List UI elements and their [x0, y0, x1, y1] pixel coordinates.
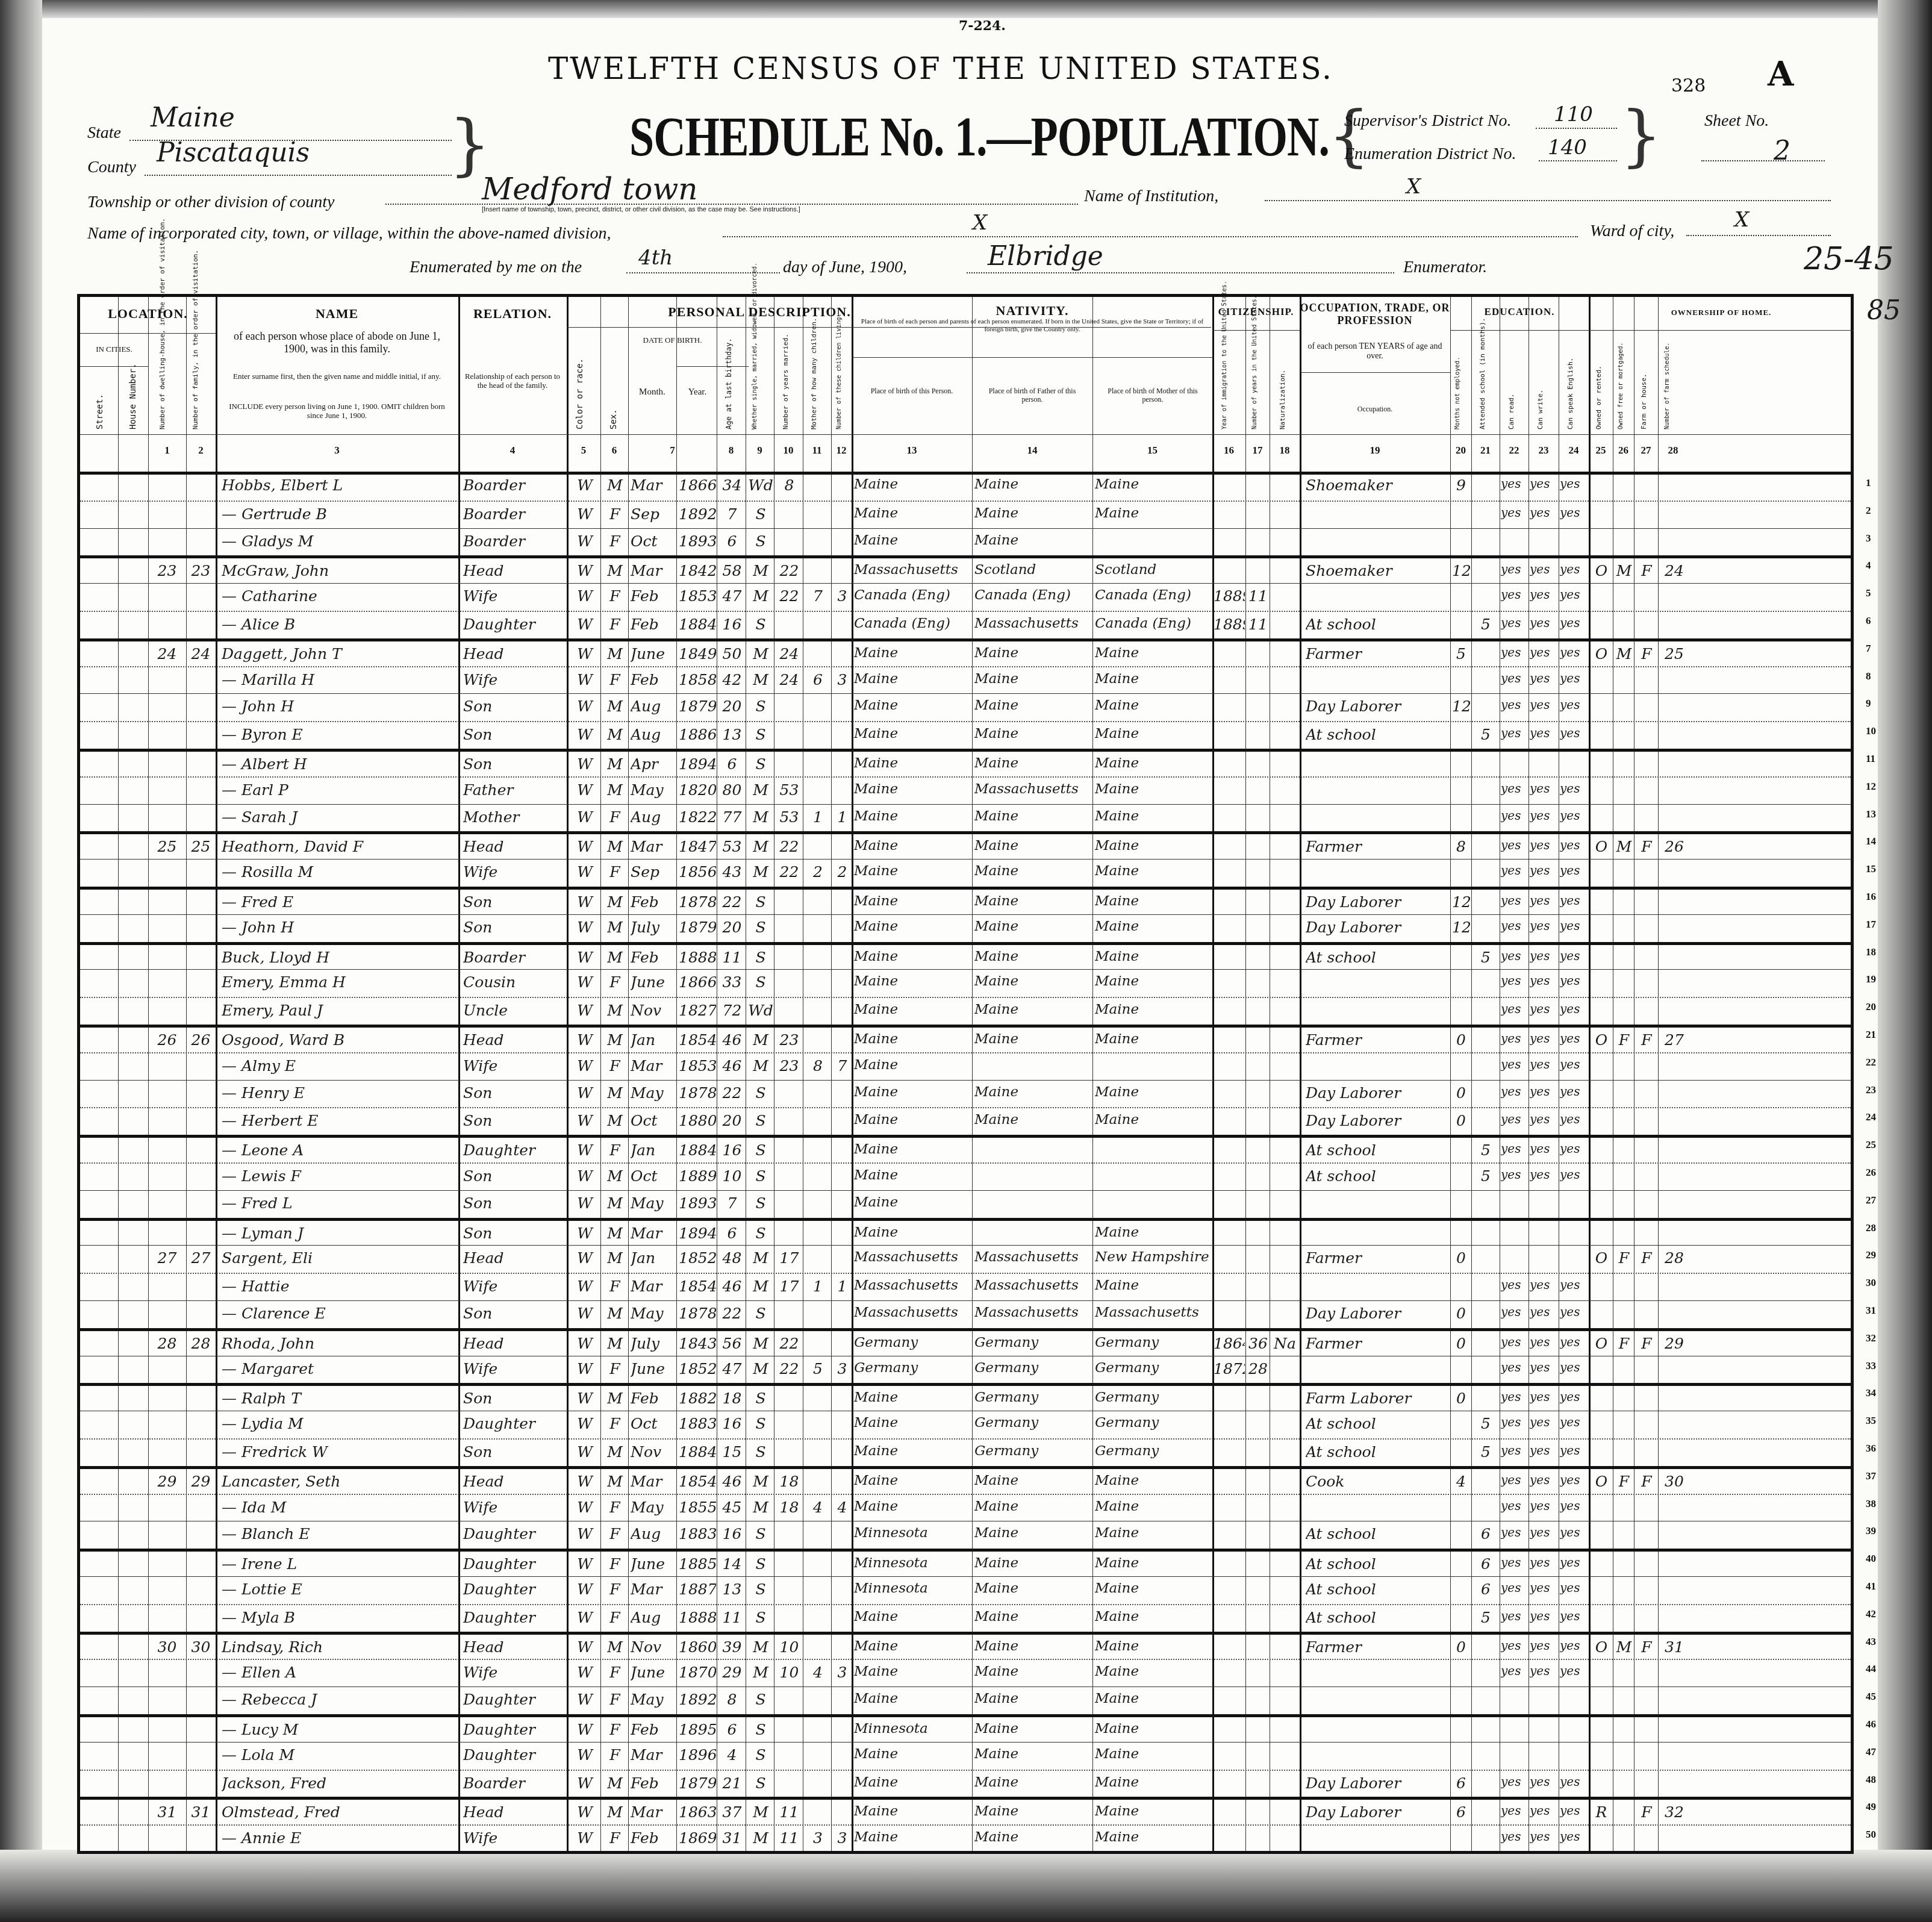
marital-status-cell: S: [747, 1225, 774, 1242]
can-speak-english-cell: yes: [1560, 1609, 1588, 1623]
birthplace-person-cell: Maine: [854, 1057, 971, 1073]
col-num-13: 13: [852, 445, 972, 457]
person-name-cell: Buck, Lloyd H: [222, 949, 457, 966]
line-number: 8: [1866, 670, 1871, 682]
birth-year-cell: 1866: [679, 973, 716, 991]
birthplace-person-cell: Maine: [854, 1443, 971, 1459]
marital-status-cell: S: [747, 973, 774, 991]
marital-status-cell: S: [747, 532, 774, 550]
can-write-cell: yes: [1530, 1031, 1558, 1046]
col-num-20: 20: [1450, 445, 1471, 457]
color-race-cell: W: [570, 1499, 599, 1516]
person-name-cell: — Myla B: [222, 1609, 457, 1626]
relation-cell: Boarder: [463, 532, 566, 550]
can-read-cell: yes: [1501, 1499, 1528, 1513]
can-read-cell: yes: [1501, 1473, 1528, 1487]
person-name-cell: — Catharine: [222, 587, 457, 605]
years-married-cell: 24: [776, 671, 803, 688]
sex-cell: F: [603, 1525, 627, 1543]
age-cell: 22: [718, 893, 746, 911]
birthplace-person-cell: Maine: [854, 1499, 971, 1514]
sex-cell: M: [603, 949, 627, 966]
birthplace-father-cell: Maine: [974, 755, 1092, 771]
marital-status-cell: M: [747, 1335, 774, 1352]
table-row: — CatharineWifeWFFeb185347M2273Canada (E…: [80, 583, 1851, 613]
can-speak-english-cell: yes: [1560, 893, 1588, 908]
birthplace-person-cell: Germany: [854, 1360, 971, 1376]
birthplace-person-cell: Maine: [854, 1746, 971, 1762]
age-cell: 16: [718, 616, 746, 633]
years-married-cell: 22: [776, 562, 803, 579]
birthplace-father-cell: Maine: [974, 476, 1092, 492]
years-married-cell: 24: [776, 645, 803, 663]
enumeration-value: 140: [1548, 136, 1587, 160]
line-number: 48: [1866, 1774, 1876, 1786]
birthplace-mother-cell: Maine: [1095, 1278, 1212, 1293]
months-not-employed-cell: 0: [1452, 1390, 1470, 1407]
birth-month-cell: Feb: [631, 616, 676, 633]
attended-school-cell: 6: [1473, 1580, 1498, 1598]
birthplace-mother-cell: Maine: [1095, 1691, 1212, 1706]
birth-year-cell: 1822: [679, 808, 716, 826]
birthplace-father-cell: Germany: [974, 1335, 1092, 1350]
birthplace-person-cell: Maine: [854, 919, 971, 934]
birth-year-cell: 1894: [679, 755, 716, 773]
color-race-cell: W: [570, 587, 599, 605]
col-label-naturalization: Naturalization.: [1279, 345, 1286, 429]
table-row: — John HSonWMAug187920SMaineMaineMaineDa…: [80, 693, 1851, 723]
birthplace-person-cell: Maine: [854, 1774, 971, 1790]
person-name-cell: Emery, Paul J: [222, 1002, 457, 1019]
birthplace-father-cell: Germany: [974, 1390, 1092, 1405]
line-number: 12: [1866, 781, 1876, 793]
can-speak-english-cell: yes: [1560, 838, 1588, 852]
color-race-cell: W: [570, 1443, 599, 1461]
line-number: 15: [1866, 863, 1876, 875]
birthplace-mother-cell: Germany: [1095, 1415, 1212, 1431]
col-label-month: Month.: [631, 387, 673, 398]
relation-cell: Daughter: [463, 616, 566, 633]
immigration-year-cell: 1864: [1214, 1335, 1245, 1352]
birthplace-person-cell: Maine: [854, 1112, 971, 1128]
farm-schedule-number-cell: 28: [1660, 1249, 1689, 1267]
family-number-cell: 25: [186, 838, 216, 855]
years-married-cell: 17: [776, 1278, 803, 1295]
can-read-cell: yes: [1501, 1829, 1528, 1844]
birth-month-cell: Feb: [631, 1721, 676, 1738]
birthplace-mother-cell: Maine: [1095, 1473, 1212, 1488]
person-name-cell: — Byron E: [222, 726, 457, 743]
years-married-cell: 18: [776, 1499, 803, 1516]
sex-cell: M: [603, 1002, 627, 1019]
birthplace-mother-cell: Scotland: [1095, 562, 1212, 578]
relation-cell: Head: [463, 1335, 566, 1352]
birthplace-mother-cell: Maine: [1095, 755, 1212, 771]
can-speak-english-cell: yes: [1560, 1664, 1588, 1678]
col-label-pob-mother: Place of birth of Mother of this person.: [1098, 387, 1207, 404]
birthplace-mother-cell: Maine: [1095, 1721, 1212, 1736]
col-num-5: 5: [567, 445, 600, 457]
marital-status-cell: M: [747, 1499, 774, 1516]
person-name-cell: — Lewis F: [222, 1167, 457, 1185]
birthplace-mother-cell: Maine: [1095, 1580, 1212, 1596]
birth-month-cell: Nov: [631, 1638, 676, 1656]
can-write-cell: yes: [1530, 1664, 1558, 1678]
birthplace-mother-cell: Maine: [1095, 973, 1212, 989]
table-row: — Blanch EDaughterWFAug188316SMinnesotaM…: [80, 1521, 1851, 1551]
sex-cell: M: [603, 1084, 627, 1102]
line-number: 9: [1866, 697, 1871, 710]
person-name-cell: Sargent, Eli: [222, 1249, 457, 1267]
free-mortgaged-cell: F: [1615, 1249, 1633, 1267]
color-race-cell: W: [570, 1057, 599, 1075]
line-number: 6: [1866, 615, 1871, 627]
birthplace-mother-cell: Massachusetts: [1095, 1305, 1212, 1320]
birth-month-cell: Feb: [631, 949, 676, 966]
birthplace-person-cell: Maine: [854, 1609, 971, 1624]
relation-cell: Daughter: [463, 1691, 566, 1708]
relation-cell: Head: [463, 1638, 566, 1656]
person-name-cell: — Fredrick W: [222, 1443, 457, 1461]
line-number: 29: [1866, 1249, 1876, 1261]
birth-month-cell: Jan: [631, 1249, 676, 1267]
owned-rented-cell: O: [1591, 1473, 1612, 1490]
birthplace-father-cell: Maine: [974, 949, 1092, 964]
table-row: 2727Sargent, EliHeadWMJan185248M17Massac…: [80, 1245, 1851, 1275]
birthplace-mother-cell: Maine: [1095, 919, 1212, 934]
can-speak-english-cell: yes: [1560, 1112, 1588, 1126]
line-number: 16: [1866, 891, 1876, 903]
person-name-cell: Rhoda, John: [222, 1335, 457, 1352]
relation-cell: Daughter: [463, 1746, 566, 1764]
relation-cell: Wife: [463, 1057, 566, 1075]
marital-status-cell: S: [747, 1746, 774, 1764]
age-cell: 39: [718, 1638, 746, 1656]
birth-year-cell: 1869: [679, 1829, 716, 1847]
birthplace-mother-cell: Maine: [1095, 893, 1212, 909]
months-not-employed-cell: 4: [1452, 1473, 1470, 1490]
birth-month-cell: Mar: [631, 838, 676, 855]
birthplace-father-cell: Maine: [974, 1691, 1092, 1706]
sex-cell: F: [603, 1829, 627, 1847]
color-race-cell: W: [570, 1746, 599, 1764]
age-cell: 58: [718, 562, 746, 579]
sex-cell: F: [603, 1415, 627, 1432]
marital-status-cell: S: [747, 1194, 774, 1212]
sheet-value: 2: [1774, 136, 1790, 166]
color-race-cell: W: [570, 1278, 599, 1295]
occupation-cell: Day Laborer: [1306, 1084, 1449, 1102]
birthplace-mother-cell: Germany: [1095, 1360, 1212, 1376]
birthplace-father-cell: Massachusetts: [974, 781, 1092, 797]
can-speak-english-cell: yes: [1560, 1473, 1588, 1487]
color-race-cell: W: [570, 1335, 599, 1352]
color-race-cell: W: [570, 1415, 599, 1432]
table-row: — Rosilla MWifeWFSep185643M2222MaineMain…: [80, 859, 1851, 889]
can-read-cell: yes: [1501, 781, 1528, 796]
marital-status-cell: S: [747, 1691, 774, 1708]
birthplace-father-cell: Maine: [974, 1664, 1092, 1679]
line-number: 35: [1866, 1415, 1876, 1427]
age-cell: 29: [718, 1664, 746, 1681]
birth-month-cell: Apr: [631, 755, 676, 773]
col-num-2: 2: [186, 445, 216, 457]
birth-year-cell: 1856: [679, 863, 716, 881]
children-living-cell: 1: [833, 1278, 852, 1295]
age-cell: 72: [718, 1002, 746, 1019]
can-read-cell: yes: [1501, 863, 1528, 878]
age-cell: 46: [718, 1473, 746, 1490]
can-write-cell: yes: [1530, 1443, 1558, 1458]
children-living-cell: 4: [833, 1499, 852, 1516]
person-name-cell: — Ida M: [222, 1499, 457, 1516]
birthplace-mother-cell: Maine: [1095, 1525, 1212, 1541]
birth-month-cell: Mar: [631, 1803, 676, 1821]
can-speak-english-cell: yes: [1560, 1580, 1588, 1595]
table-row: — Herbert ESonWMOct188020SMaineMaineMain…: [80, 1107, 1851, 1138]
color-race-cell: W: [570, 726, 599, 743]
free-mortgaged-cell: M: [1615, 562, 1633, 579]
sex-cell: M: [603, 645, 627, 663]
header-date-of-birth: DATE OF BIRTH.: [628, 336, 717, 345]
birth-month-cell: Feb: [631, 587, 676, 605]
farm-schedule-number-cell: 24: [1660, 562, 1689, 579]
marital-status-cell: S: [747, 1609, 774, 1626]
header-name-instr2: INCLUDE every person living on June 1, 1…: [228, 402, 446, 420]
can-speak-english-cell: yes: [1560, 1278, 1588, 1292]
age-cell: 37: [718, 1803, 746, 1821]
district-brace-right: }: [1620, 102, 1662, 169]
dwelling-number-cell: 30: [148, 1638, 186, 1656]
sex-cell: M: [603, 1638, 627, 1656]
can-read-cell: yes: [1501, 1443, 1528, 1458]
birthplace-mother-cell: Maine: [1095, 1225, 1212, 1240]
relation-cell: Son: [463, 1225, 566, 1242]
birth-year-cell: 1895: [679, 1721, 716, 1738]
person-name-cell: — Gladys M: [222, 532, 457, 550]
birthplace-person-cell: Maine: [854, 671, 971, 687]
years-married-cell: 8: [776, 476, 803, 494]
header-nativity-desc: Place of birth of each person and parent…: [857, 318, 1207, 333]
dwelling-number-cell: 31: [148, 1803, 186, 1821]
birthplace-person-cell: Canada (Eng): [854, 587, 971, 603]
marital-status-cell: S: [747, 1112, 774, 1129]
birthplace-mother-cell: Maine: [1095, 671, 1212, 687]
relation-cell: Wife: [463, 863, 566, 881]
attended-school-cell: 5: [1473, 949, 1498, 966]
line-number: 28: [1866, 1222, 1876, 1234]
months-not-employed-cell: 0: [1452, 1084, 1470, 1102]
county-line: [145, 175, 452, 176]
relation-cell: Wife: [463, 1829, 566, 1847]
marital-status-cell: S: [747, 1390, 774, 1407]
age-cell: 4: [718, 1746, 746, 1764]
years-married-cell: 53: [776, 781, 803, 799]
sex-cell: F: [603, 532, 627, 550]
can-read-cell: yes: [1501, 587, 1528, 602]
birth-month-cell: Oct: [631, 532, 676, 550]
birth-month-cell: Jan: [631, 1141, 676, 1159]
sex-cell: M: [603, 1112, 627, 1129]
naturalization-cell: Na: [1271, 1335, 1299, 1352]
can-read-cell: yes: [1501, 562, 1528, 576]
occupation-cell: Farmer: [1306, 838, 1449, 855]
can-write-cell: yes: [1530, 1112, 1558, 1126]
birthplace-mother-cell: Canada (Eng): [1095, 587, 1212, 603]
children-living-cell: 3: [833, 587, 852, 605]
person-name-cell: Lindsay, Rich: [222, 1638, 457, 1656]
birth-month-cell: Mar: [631, 1057, 676, 1075]
line-number: 21: [1866, 1029, 1876, 1041]
birth-year-cell: 1892: [679, 1691, 716, 1708]
occupation-cell: Day Laborer: [1306, 1305, 1449, 1322]
birthplace-mother-cell: Maine: [1095, 1803, 1212, 1819]
color-race-cell: W: [570, 1638, 599, 1656]
birthplace-mother-cell: Maine: [1095, 645, 1212, 661]
township-value: Medford town: [482, 172, 697, 207]
sex-cell: F: [603, 671, 627, 688]
can-write-cell: yes: [1530, 808, 1558, 823]
birthplace-father-cell: Germany: [974, 1415, 1092, 1431]
can-speak-english-cell: yes: [1560, 726, 1588, 740]
dwelling-number-cell: 24: [148, 645, 186, 663]
can-write-cell: yes: [1530, 645, 1558, 660]
relation-cell: Head: [463, 1249, 566, 1267]
age-cell: 53: [718, 838, 746, 855]
color-race-cell: W: [570, 1002, 599, 1019]
months-not-employed-cell: 0: [1452, 1638, 1470, 1656]
line-number: 22: [1866, 1056, 1876, 1069]
mother-of-children-cell: 7: [805, 587, 831, 605]
birth-month-cell: Nov: [631, 1002, 676, 1019]
birth-year-cell: 1854: [679, 1473, 716, 1490]
sex-cell: M: [603, 919, 627, 936]
age-cell: 13: [718, 1580, 746, 1598]
birthplace-person-cell: Maine: [854, 697, 971, 713]
table-row: — HattieWifeWFMar185446M1711Massachusett…: [80, 1273, 1851, 1303]
age-cell: 20: [718, 919, 746, 936]
relation-cell: Head: [463, 1473, 566, 1490]
line-number: 45: [1866, 1691, 1876, 1703]
line-number: 20: [1866, 1001, 1876, 1013]
header-name-desc: of each person whose place of abode on J…: [228, 330, 446, 355]
col-num-8: 8: [717, 445, 746, 457]
owned-rented-cell: O: [1591, 838, 1612, 855]
color-race-cell: W: [570, 1360, 599, 1378]
birthplace-person-cell: Maine: [854, 781, 971, 797]
years-in-us-cell: 36: [1247, 1335, 1270, 1352]
can-speak-english-cell: yes: [1560, 1305, 1588, 1319]
col-num-28: 28: [1658, 445, 1688, 457]
header-name-instr1: Enter surname first, then the given name…: [228, 372, 446, 381]
page-number: 328: [1671, 75, 1706, 96]
sex-cell: M: [603, 781, 627, 799]
col-num-16: 16: [1212, 445, 1245, 457]
marital-status-cell: M: [747, 1664, 774, 1681]
person-name-cell: — Lucy M: [222, 1721, 457, 1738]
family-number-cell: 27: [186, 1249, 216, 1267]
relation-cell: Boarder: [463, 1774, 566, 1792]
header-ownership: OWNERSHIP OF HOME.: [1589, 308, 1854, 317]
free-mortgaged-cell: F: [1615, 1335, 1633, 1352]
mother-of-children-cell: 8: [805, 1057, 831, 1075]
birthplace-person-cell: Massachusetts: [854, 1305, 971, 1320]
line-number: 26: [1866, 1167, 1876, 1179]
attended-school-cell: 6: [1473, 1525, 1498, 1543]
sex-cell: F: [603, 1580, 627, 1598]
can-speak-english-cell: yes: [1560, 808, 1588, 823]
attended-school-cell: 5: [1473, 1141, 1498, 1159]
birthplace-person-cell: Canada (Eng): [854, 616, 971, 631]
sex-cell: F: [603, 505, 627, 523]
marital-status-cell: S: [747, 505, 774, 523]
line-number: 18: [1866, 946, 1876, 958]
birthplace-father-cell: Maine: [974, 1084, 1092, 1100]
marital-status-cell: M: [747, 562, 774, 579]
birth-year-cell: 1893: [679, 532, 716, 550]
relation-cell: Head: [463, 1803, 566, 1821]
birth-year-cell: 1847: [679, 838, 716, 855]
occupation-cell: At school: [1306, 1141, 1449, 1159]
occupation-cell: Farmer: [1306, 1335, 1449, 1352]
color-race-cell: W: [570, 949, 599, 966]
table-row: — Marilla HWifeWFFeb185842M2463MaineMain…: [80, 666, 1851, 697]
sex-cell: F: [603, 1664, 627, 1681]
can-speak-english-cell: yes: [1560, 1443, 1588, 1458]
birthplace-father-cell: Maine: [974, 1774, 1092, 1790]
can-write-cell: yes: [1530, 1580, 1558, 1595]
marital-status-cell: M: [747, 808, 774, 826]
months-not-employed-cell: 6: [1452, 1774, 1470, 1792]
table-row: — Fredrick WSonWMNov188415SMaineGermanyG…: [80, 1438, 1851, 1469]
family-number-cell: 30: [186, 1638, 216, 1656]
color-race-cell: W: [570, 697, 599, 715]
months-not-employed-cell: 0: [1452, 1305, 1470, 1322]
can-speak-english-cell: yes: [1560, 863, 1588, 878]
birthplace-mother-cell: Maine: [1095, 697, 1212, 713]
relation-cell: Son: [463, 1305, 566, 1322]
birthplace-father-cell: Maine: [974, 532, 1092, 548]
birthplace-person-cell: Maine: [854, 645, 971, 661]
years-in-us-cell: 11: [1247, 587, 1270, 605]
relation-cell: Son: [463, 893, 566, 911]
birthplace-person-cell: Maine: [854, 1415, 971, 1431]
free-mortgaged-cell: M: [1615, 1638, 1633, 1656]
months-not-employed-cell: 5: [1452, 645, 1470, 663]
supervisor-value: 110: [1554, 102, 1593, 126]
can-read-cell: yes: [1501, 1664, 1528, 1678]
person-name-cell: — Leone A: [222, 1141, 457, 1159]
can-speak-english-cell: yes: [1560, 1555, 1588, 1570]
line-number: 10: [1866, 725, 1876, 737]
col-num-10: 10: [774, 445, 803, 457]
birth-month-cell: Oct: [631, 1415, 676, 1432]
birthplace-person-cell: Massachusetts: [854, 1249, 971, 1265]
birthplace-father-cell: Maine: [974, 671, 1092, 687]
age-cell: 46: [718, 1278, 746, 1295]
occupation-cell: Day Laborer: [1306, 919, 1449, 936]
can-read-cell: yes: [1501, 1609, 1528, 1623]
age-cell: 77: [718, 808, 746, 826]
relation-cell: Son: [463, 1167, 566, 1185]
sex-cell: F: [603, 587, 627, 605]
can-read-cell: yes: [1501, 1002, 1528, 1016]
person-name-cell: — Annie E: [222, 1829, 457, 1847]
marital-status-cell: Wd: [747, 476, 774, 494]
line-number: 5: [1866, 587, 1871, 599]
birth-year-cell: 1883: [679, 1525, 716, 1543]
scan-edge-bottom: [0, 1850, 1932, 1922]
